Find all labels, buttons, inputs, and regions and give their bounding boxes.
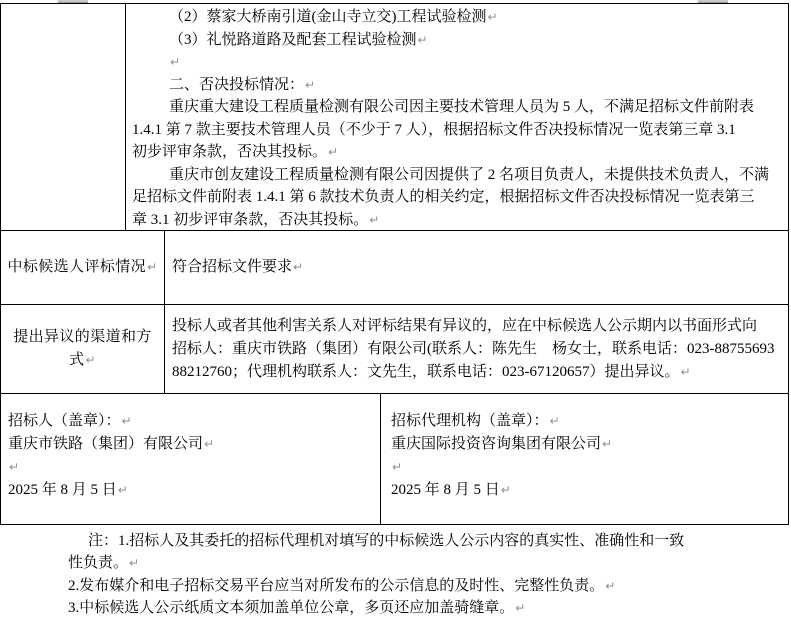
winner-evaluation-content-cell: 符合招标文件要求↵ bbox=[165, 231, 788, 304]
text-line-content: 提出异议的渠道和方 bbox=[13, 329, 152, 345]
text-line: 2025 年 8 月 5 日↵ bbox=[391, 479, 788, 502]
paragraph-mark-icon: ↵ bbox=[9, 460, 19, 474]
footnotes: 注：1.招标人及其委托的招标代理机对填写的中标候选人公示内容的真实性、准确性和一… bbox=[68, 530, 784, 617]
paragraph-mark-icon: ↵ bbox=[515, 601, 525, 615]
text-line: 2025 年 8 月 5 日↵ bbox=[8, 479, 380, 502]
text-line-content: 注：1.招标人及其委托的招标代理机对填写的中标候选人公示内容的真实性、准确性和一… bbox=[88, 533, 684, 549]
text-line-content: 1.4.1 第 7 款主要技术管理人员（不少于 7 人），根据招标文件否决投标情… bbox=[132, 122, 736, 138]
paragraph-mark-icon: ↵ bbox=[392, 460, 402, 474]
text-line-content: 2025 年 8 月 5 日 bbox=[391, 482, 500, 498]
text-line: 投标人或者其他利害关系人对评标结果有异议的，应在中标候选人公示期内以书面形式向 bbox=[172, 315, 788, 338]
table-row-reject-info: （2）蔡家大桥南引道(金山寺立交)工程试验检测↵（3）礼悦路道路及配套工程试验检… bbox=[1, 4, 788, 231]
paragraph-mark-icon: ↵ bbox=[418, 33, 428, 47]
text-line-content: 重庆市铁路（集团）有限公司 bbox=[8, 436, 203, 452]
table-row-evaluation: 中标候选人评标情况↵ 符合招标文件要求↵ bbox=[1, 231, 788, 305]
paragraph-mark-icon: ↵ bbox=[293, 260, 303, 274]
text-line-content: 章 3.1 初步评审条款，否决其投标。 bbox=[132, 212, 368, 228]
winner-evaluation-label-cell: 中标候选人评标情况↵ bbox=[1, 231, 165, 304]
paragraph-mark-icon: ↵ bbox=[602, 437, 612, 451]
paragraph-mark-icon: ↵ bbox=[118, 483, 128, 497]
text-line: 招标人（盖章）：↵ bbox=[8, 410, 380, 433]
text-line: 重庆市铁路（集团）有限公司↵ bbox=[8, 433, 380, 456]
paragraph-mark-icon: ↵ bbox=[681, 365, 691, 379]
text-line: 中标候选人评标情况↵ bbox=[1, 256, 164, 279]
text-line: 招标代理机构（盖章）：↵ bbox=[391, 410, 788, 433]
text-line-content: 式 bbox=[69, 352, 84, 368]
row1-content-cell: （2）蔡家大桥南引道(金山寺立交)工程试验检测↵（3）礼悦路道路及配套工程试验检… bbox=[126, 4, 788, 230]
objection-channel-content-cell: 投标人或者其他利害关系人对评标结果有异议的，应在中标候选人公示期内以书面形式向招… bbox=[165, 305, 788, 393]
text-line-content: 二、否决投标情况： bbox=[169, 77, 304, 93]
row1-label-cell bbox=[1, 4, 126, 230]
text-line: 章 3.1 初步评审条款，否决其投标。↵ bbox=[132, 209, 780, 232]
text-line-content: 招标代理机构（盖章）： bbox=[391, 413, 549, 429]
text-line-content: 足招标文件前附表 1.4.1 第 6 款技术负责人的相关约定，根据招标文件否决投… bbox=[132, 189, 755, 205]
text-line: 注：1.招标人及其委托的招标代理机对填写的中标候选人公示内容的真实性、准确性和一… bbox=[68, 530, 784, 552]
text-line-content: 重庆重大建设工程质量检测有限公司因主要技术管理人员为 5 人，不满足招标文件前附… bbox=[169, 99, 754, 115]
text-line: 招标人：重庆市铁路（集团）有限公司(联系人：陈先生 杨女士，联系电话：023-8… bbox=[172, 338, 788, 361]
text-line-content: （2）蔡家大桥南引道(金山寺立交)工程试验检测 bbox=[169, 9, 487, 25]
text-line-content: 招标人：重庆市铁路（集团）有限公司(联系人：陈先生 杨女士，联系电话：023-8… bbox=[172, 341, 775, 357]
text-line: 1.4.1 第 7 款主要技术管理人员（不少于 7 人），根据招标文件否决投标情… bbox=[132, 119, 780, 142]
text-line: 初步评审条款，否决其投标。↵ bbox=[132, 141, 780, 164]
text-line: 88212760；代理机构联系人：文先生，联系电话：023-67120657）提… bbox=[172, 361, 788, 384]
text-line-content: 2.发布媒介和电子招标交易平台应当对所发布的公示信息的及时性、完整性负责。 bbox=[68, 578, 604, 594]
text-line: ↵ bbox=[132, 51, 780, 74]
paragraph-mark-icon: ↵ bbox=[122, 414, 132, 428]
text-line-content: 招标人（盖章）： bbox=[8, 413, 121, 429]
text-line: 符合招标文件要求↵ bbox=[172, 256, 788, 279]
text-line-content: 投标人或者其他利害关系人对评标结果有异议的，应在中标候选人公示期内以书面形式向 bbox=[172, 318, 757, 334]
text-line: 重庆市创友建设工程质量检测有限公司因提供了 2 名项目负责人，未提供技术负责人，… bbox=[132, 164, 780, 187]
text-line: （3）礼悦路道路及配套工程试验检测↵ bbox=[132, 29, 780, 52]
text-line-content: 初步评审条款，否决其投标。 bbox=[132, 144, 327, 160]
text-line: 3.中标候选人公示纸质文本须加盖单位公章，多页还应加盖骑缝章。↵ bbox=[68, 597, 784, 617]
text-line: 重庆重大建设工程质量检测有限公司因主要技术管理人员为 5 人，不满足招标文件前附… bbox=[132, 96, 780, 119]
text-line: ↵ bbox=[391, 456, 788, 479]
paragraph-mark-icon: ↵ bbox=[501, 483, 511, 497]
paragraph-mark-icon: ↵ bbox=[305, 78, 315, 92]
text-line: 性负责。↵ bbox=[68, 552, 784, 574]
paragraph-mark-icon: ↵ bbox=[170, 55, 180, 69]
table-row-signatures: 招标人（盖章）：↵重庆市铁路（集团）有限公司↵↵2025 年 8 月 5 日↵ … bbox=[1, 394, 788, 524]
text-line: 足招标文件前附表 1.4.1 第 6 款技术负责人的相关约定，根据招标文件否决投… bbox=[132, 186, 780, 209]
text-line: 式↵ bbox=[1, 349, 164, 372]
objection-channel-label-cell: 提出异议的渠道和方式↵ bbox=[1, 305, 165, 393]
paragraph-mark-icon: ↵ bbox=[605, 579, 615, 593]
paragraph-mark-icon: ↵ bbox=[369, 213, 379, 227]
agency-seal-cell: 招标代理机构（盖章）：↵重庆国际投资咨询集团有限公司↵↵2025 年 8 月 5… bbox=[381, 394, 788, 524]
paragraph-mark-icon: ↵ bbox=[328, 145, 338, 159]
table-row-objection: 提出异议的渠道和方式↵ 投标人或者其他利害关系人对评标结果有异议的，应在中标候选… bbox=[1, 305, 788, 394]
text-line: 二、否决投标情况：↵ bbox=[132, 74, 780, 97]
text-line: 提出异议的渠道和方 bbox=[1, 326, 164, 349]
text-line-content: 中标候选人评标情况 bbox=[7, 259, 146, 275]
paragraph-mark-icon: ↵ bbox=[147, 260, 157, 274]
paragraph-mark-icon: ↵ bbox=[488, 10, 498, 24]
tenderer-seal-cell: 招标人（盖章）：↵重庆市铁路（集团）有限公司↵↵2025 年 8 月 5 日↵ bbox=[1, 394, 381, 524]
paragraph-mark-icon: ↵ bbox=[85, 353, 95, 367]
text-line-content: 重庆国际投资咨询集团有限公司 bbox=[391, 436, 601, 452]
text-line-content: 88212760；代理机构联系人：文先生，联系电话：023-67120657）提… bbox=[172, 364, 680, 380]
paragraph-mark-icon: ↵ bbox=[550, 414, 560, 428]
text-line-content: 符合招标文件要求 bbox=[172, 259, 292, 275]
paragraph-mark-icon: ↵ bbox=[129, 556, 139, 570]
text-line-content: 3.中标候选人公示纸质文本须加盖单位公章，多页还应加盖骑缝章。 bbox=[68, 600, 514, 616]
text-line: 2.发布媒介和电子招标交易平台应当对所发布的公示信息的及时性、完整性负责。↵ bbox=[68, 575, 784, 597]
text-line-content: 重庆市创友建设工程质量检测有限公司因提供了 2 名项目负责人，未提供技术负责人，… bbox=[169, 167, 769, 183]
paragraph-mark-icon: ↵ bbox=[204, 437, 214, 451]
text-line: 重庆国际投资咨询集团有限公司↵ bbox=[391, 433, 788, 456]
text-line-content: （3）礼悦路道路及配套工程试验检测 bbox=[169, 32, 417, 48]
text-line: （2）蔡家大桥南引道(金山寺立交)工程试验检测↵ bbox=[132, 6, 780, 29]
document-page: （2）蔡家大桥南引道(金山寺立交)工程试验检测↵（3）礼悦路道路及配套工程试验检… bbox=[0, 0, 791, 617]
text-line: ↵ bbox=[8, 456, 380, 479]
text-line-content: 2025 年 8 月 5 日 bbox=[8, 482, 117, 498]
bid-announcement-table: （2）蔡家大桥南引道(金山寺立交)工程试验检测↵（3）礼悦路道路及配套工程试验检… bbox=[0, 3, 789, 525]
text-line-content: 性负责。 bbox=[68, 555, 128, 571]
